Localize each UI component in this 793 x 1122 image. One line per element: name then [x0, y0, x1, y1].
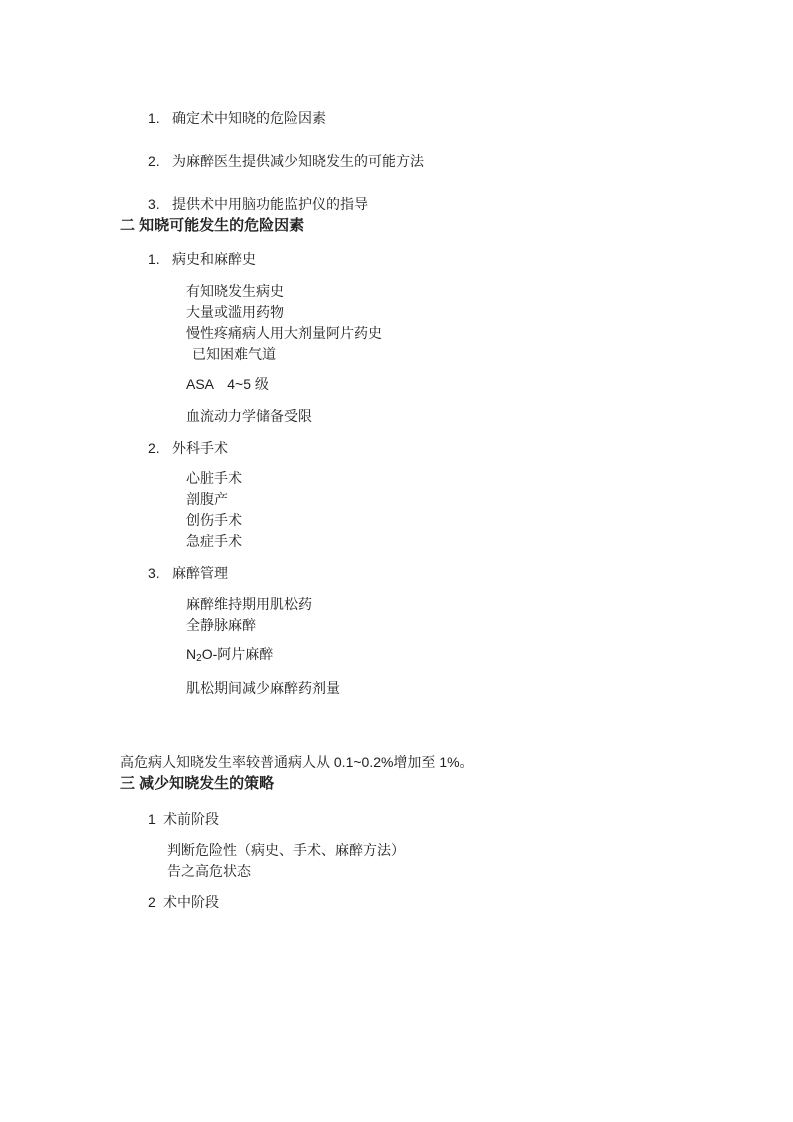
list-item: 1 术前阶段	[148, 809, 793, 830]
sub-list-item: 创伤手术	[186, 510, 793, 531]
sub-list-item: 急症手术	[186, 531, 793, 552]
list-item-text: 术中阶段	[163, 892, 219, 913]
list-item-text: 术前阶段	[163, 809, 219, 830]
list-item-text: 麻醉管理	[172, 563, 228, 584]
list-number: 2.	[148, 438, 172, 459]
sub-list-item: 有知晓发生病史	[186, 281, 793, 302]
n2o-post: O-阿片麻醉	[202, 646, 274, 662]
sub-list-item: 判断危险性（病史、手术、麻醉方法）	[167, 840, 793, 861]
n2o-anesthesia-line: N2O-阿片麻醉	[186, 644, 793, 669]
sub-list-item: 心脏手术	[186, 468, 793, 489]
hemodynamic-line: 血流动力学储备受限	[186, 406, 793, 427]
sub-list-item: 大量或滥用药物	[186, 302, 793, 323]
list-item-text: 确定术中知晓的危险因素	[172, 108, 326, 129]
list-number: 1	[148, 809, 163, 830]
list-item-text: 病史和麻醉史	[172, 249, 256, 270]
list-number: 3.	[148, 194, 172, 215]
sub-list-management: 麻醉维持期用肌松药 全静脉麻醉	[0, 594, 793, 636]
sub-list-surgery: 心脏手术 剖腹产 创伤手术 急症手术	[0, 468, 793, 552]
list-item: 2 术中阶段	[148, 892, 793, 913]
list-item: 1. 确定术中知晓的危险因素	[148, 108, 793, 129]
list-item: 1. 病史和麻醉史	[148, 249, 793, 270]
list-item: 3. 麻醉管理	[148, 563, 793, 584]
asa-grade-line: ASA 4~5 级	[186, 374, 793, 395]
sub-list-item: 慢性疼痛病人用大剂量阿片药史	[186, 323, 793, 344]
list-item: 3. 提供术中用脑功能监护仪的指导	[148, 194, 793, 215]
list-item: 2. 为麻醉医生提供减少知晓发生的可能方法	[148, 151, 793, 172]
sub-list-item: 全静脉麻醉	[186, 615, 793, 636]
reduce-dose-line: 肌松期间减少麻醉药剂量	[186, 678, 793, 699]
sub-list-item: 已知困难气道	[186, 344, 793, 365]
sub-list-item: 剖腹产	[186, 489, 793, 510]
section-heading-risk-factors: 二 知晓可能发生的危险因素	[120, 215, 793, 236]
document-content: 1. 确定术中知晓的危险因素 2. 为麻醉医生提供减少知晓发生的可能方法 3. …	[0, 0, 793, 913]
list-number: 2.	[148, 151, 172, 172]
incidence-note-paragraph: 高危病人知晓发生率较普通病人从 0.1~0.2%增加至 1%。	[120, 752, 793, 773]
section-heading-strategy: 三 减少知晓发生的策略	[120, 773, 793, 794]
n2o-pre: N	[186, 646, 196, 662]
list-number: 3.	[148, 563, 172, 584]
sub-list-history: 有知晓发生病史 大量或滥用药物 慢性疼痛病人用大剂量阿片药史 已知困难气道	[0, 281, 793, 365]
sub-list-preop: 判断危险性（病史、手术、麻醉方法） 告之高危状态	[0, 840, 793, 882]
list-number: 2	[148, 892, 163, 913]
list-number: 1.	[148, 108, 172, 129]
document-page: 1. 确定术中知晓的危险因素 2. 为麻醉医生提供减少知晓发生的可能方法 3. …	[0, 0, 793, 1122]
list-item-text: 外科手术	[172, 438, 228, 459]
list-item-text: 为麻醉医生提供减少知晓发生的可能方法	[172, 151, 424, 172]
sub-list-item: 麻醉维持期用肌松药	[186, 594, 793, 615]
list-item-text: 提供术中用脑功能监护仪的指导	[172, 194, 368, 215]
sub-list-item: 告之高危状态	[167, 861, 793, 882]
list-item: 2. 外科手术	[148, 438, 793, 459]
list-number: 1.	[148, 249, 172, 270]
